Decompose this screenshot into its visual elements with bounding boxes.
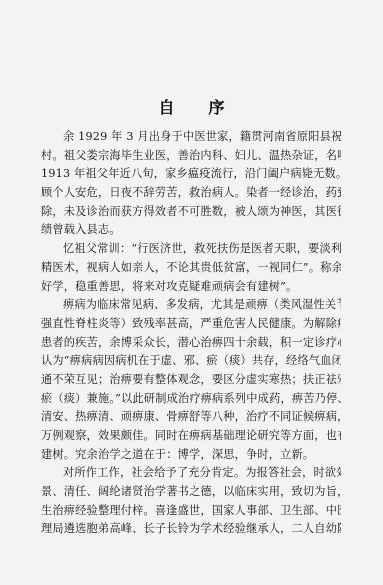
text-line: 1913 年祖父年近八旬，家乡瘟疫流行，沿门阖户病毙无数。其不 xyxy=(41,165,341,184)
document-page: 自序 余 1929 年 3 月出身于中医世家，籍贯河南省原阳县祝楼 村。祖父娄宗… xyxy=(0,0,383,585)
text-line: 村。祖父娄宗海毕生业医，善治内科、妇儿、温热杂证，名噪乡里。 xyxy=(41,147,341,166)
text-line: 除，未及诊治而获方得效者不可胜数，被人颂为神医，其医德、医 xyxy=(41,203,341,222)
text-line: 精医术，视病人如亲人，不论其贵低贫富，一视同仁”。称余“敏聪 xyxy=(41,259,341,278)
text-line: 瘀（痰）兼施。”以此研制成治疗痹病系列中成药，痹苦乃停、痹隆 xyxy=(41,390,341,409)
text-line: 患者的疾苦，余博采众长，潜心治痹四十余载，积一定诊疗心得。 xyxy=(41,334,341,353)
text-line: 认为“痹病病因病机在于虚、邪、瘀（痰）共存，经络气血闭阻，不 xyxy=(41,352,341,371)
text-line: 顾个人安危，日夜不辞劳苦，救治病人。染者一经诊治，药到病 xyxy=(41,184,341,203)
text-line: 对所作工作，社会给予了充分肯定。为报答社会，时欲效仲 xyxy=(41,464,341,483)
text-line: 景、清任、阔纶诸贤治学著书之德，以临床实用，致切为旨，将半 xyxy=(41,483,341,502)
text-line: 万例观察，效果颇佳。同时在痹病基础理论研究等方面，也有所 xyxy=(41,427,341,446)
text-line: 绩曾载入县志。 xyxy=(41,221,341,240)
text-line: 生治痹经验整理付梓。喜逢盛世，国家人事部、卫生部、中医药管 xyxy=(41,502,341,521)
text-line: 忆祖父常训：“行医济世，救死扶伤是医者天职，要淡利禄， xyxy=(41,240,341,259)
preface-body: 余 1929 年 3 月出身于中医世家，籍贯河南省原阳县祝楼 村。祖父娄宗海毕生… xyxy=(41,128,341,539)
text-line: 好学，稳重善思，将来对攻克疑难顽病会有建树”。 xyxy=(41,278,341,297)
title-char-2: 序 xyxy=(209,98,225,117)
text-line: 清安、热痹清、顽痹康、骨痹舒等八种，治疗不同证候痹病，经数 xyxy=(41,408,341,427)
text-line: 理局遴选胞弟高峰、长子长铃为学术经验继承人，二人自幼随余 xyxy=(41,520,341,539)
text-line: 建树。究余治学之道在于：博学，深思，争时，立新。 xyxy=(41,446,341,465)
page-title: 自序 xyxy=(0,95,383,118)
text-line: 强直性脊柱炎等）致残率甚高，严重危害人民健康。为解除痹病 xyxy=(41,315,341,334)
text-line: 痹病为临床常见病、多发病，尤其是顽痹（类风湿性关节炎、 xyxy=(41,296,341,315)
title-char-1: 自 xyxy=(158,98,174,117)
text-line: 余 1929 年 3 月出身于中医世家，籍贯河南省原阳县祝楼 xyxy=(41,128,341,147)
text-line: 通不荣互见；治痹要有整体观念，要区分虚实寒热；扶正祛邪化 xyxy=(41,371,341,390)
